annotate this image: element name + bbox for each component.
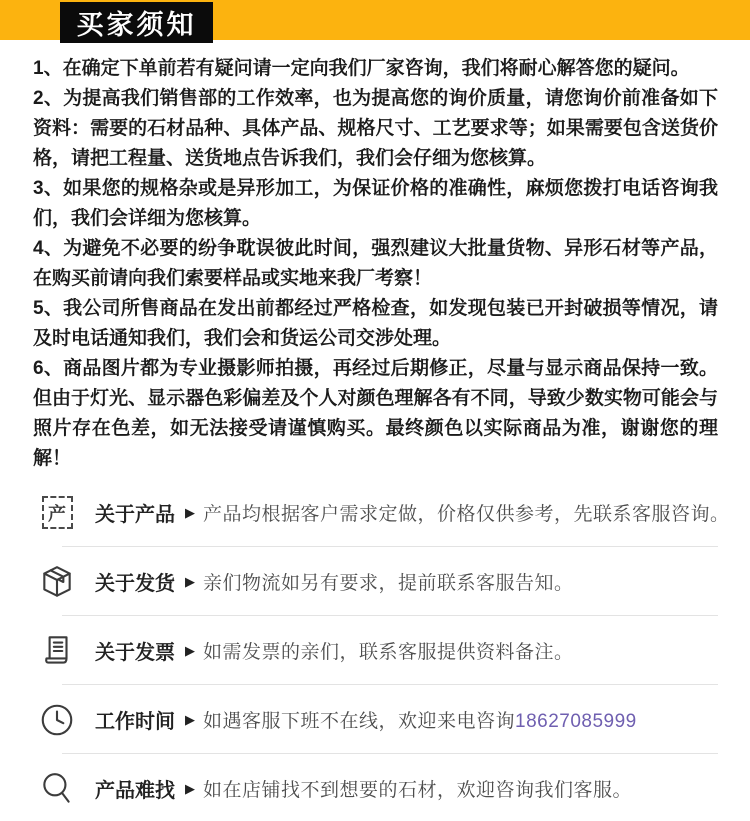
- info-row-text: 如遇客服下班不在线，欢迎来电咨询18627085999: [203, 706, 637, 733]
- info-row-label: 工作时间: [95, 705, 175, 734]
- header-banner: 买家须知: [0, 0, 750, 40]
- info-row-label: 关于产品: [95, 498, 175, 527]
- info-row-text: 产品均根据客户需求定做，价格仅供参考，先联系客服咨询。: [203, 499, 730, 526]
- buyer-notice-list: 1、在确定下单前若有疑问请一定向我们厂家咨询，我们将耐心解答您的疑问。 2、为提…: [0, 40, 750, 474]
- notice-item-3: 3、如果您的规格杂或是异形加工，为保证价格的准确性，麻烦您拨打电话咨询我们，我们…: [33, 174, 718, 234]
- clock-icon: [35, 701, 79, 739]
- notice-item-4: 4、为避免不必要的纷争耽误彼此时间，强烈建议大批量货物、异形石材等产品，在购买前…: [33, 234, 718, 294]
- info-row-text: 如需发票的亲们，联系客服提供资料备注。: [203, 637, 574, 664]
- info-row-label: 关于发货: [95, 567, 175, 596]
- info-row-text: 亲们物流如另有要求，提前联系客服告知。: [203, 568, 574, 595]
- info-row-shipping: 关于发货 ▶ 亲们物流如另有要求，提前联系客服告知。: [0, 547, 750, 616]
- info-row-label: 产品难找: [95, 774, 175, 803]
- notice-item-5: 5、我公司所售商品在发出前都经过严格检查，如发现包装已开封破损等情况，请及时电话…: [33, 294, 718, 354]
- shipping-box-icon: [35, 563, 79, 601]
- info-row-list: 产 关于产品 ▶ 产品均根据客户需求定做，价格仅供参考，先联系客服咨询。 关于发…: [0, 478, 750, 821]
- arrow-right-icon: ▶: [185, 712, 195, 728]
- product-icon: 产: [35, 496, 79, 529]
- arrow-right-icon: ▶: [185, 781, 195, 797]
- page-title: 买家须知: [60, 2, 213, 43]
- info-row-text: 如在店铺找不到想要的石材，欢迎咨询我们客服。: [203, 775, 632, 802]
- info-row-invoice: 关于发票 ▶ 如需发票的亲们，联系客服提供资料备注。: [0, 616, 750, 685]
- info-row-search: 产品难找 ▶ 如在店铺找不到想要的石材，欢迎咨询我们客服。: [0, 754, 750, 821]
- notice-item-2: 2、为提高我们销售部的工作效率，也为提高您的询价质量，请您询价前准备如下资料：需…: [33, 84, 718, 174]
- phone-number: 18627085999: [515, 711, 637, 732]
- info-row-label: 关于发票: [95, 636, 175, 665]
- info-row-product: 产 关于产品 ▶ 产品均根据客户需求定做，价格仅供参考，先联系客服咨询。: [0, 478, 750, 547]
- arrow-right-icon: ▶: [185, 574, 195, 590]
- search-icon: [35, 770, 79, 808]
- info-row-hours: 工作时间 ▶ 如遇客服下班不在线，欢迎来电咨询18627085999: [0, 685, 750, 754]
- arrow-right-icon: ▶: [185, 505, 195, 521]
- hours-text: 如遇客服下班不在线，欢迎来电咨询: [203, 711, 515, 732]
- arrow-right-icon: ▶: [185, 643, 195, 659]
- notice-item-1: 1、在确定下单前若有疑问请一定向我们厂家咨询，我们将耐心解答您的疑问。: [33, 54, 718, 84]
- page-title-text: 买家须知: [77, 3, 197, 42]
- notice-item-6: 6、商品图片都为专业摄影师拍摄，再经过后期修正，尽量与显示商品保持一致。但由于灯…: [33, 354, 718, 474]
- invoice-icon: [35, 632, 79, 670]
